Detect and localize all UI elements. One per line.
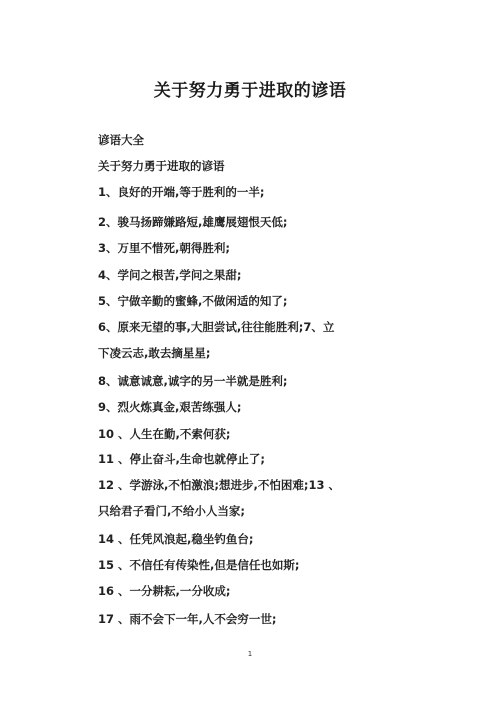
proverb-line: 15 、不信任有传染性,但是信任也如斯; bbox=[98, 557, 299, 573]
proverb-line: 3、万里不惜死,朝得胜利; bbox=[98, 240, 230, 256]
proverb-line: 12 、学游泳,不怕激浪;想进步,不怕困难;13 、 bbox=[98, 477, 340, 493]
proverb-line: 5、宁做辛勤的蜜蜂,不做闲适的知了; bbox=[98, 293, 287, 309]
proverb-line: 6、原来无望的事,大胆尝试,往往能胜利;7、立 bbox=[98, 319, 334, 335]
proverb-line: 1、良好的开端,等于胜利的一半; bbox=[98, 184, 264, 200]
proverb-line: 8、诚意诚意,诚字的另一半就是胜利; bbox=[98, 373, 287, 389]
proverb-line: 4、学问之根苦,学问之果甜; bbox=[98, 267, 241, 283]
proverb-line: 10 、人生在勤,不索何获; bbox=[98, 426, 230, 442]
proverb-line: 16 、一分耕耘,一分收成; bbox=[98, 583, 230, 599]
subheading: 关于努力勇于进取的谚语 bbox=[98, 158, 225, 174]
page-number: 1 bbox=[0, 650, 500, 658]
document-title: 关于努力勇于进取的谚语 bbox=[0, 76, 500, 101]
proverb-line: 只给君子看门,不给小人当家; bbox=[98, 503, 245, 519]
section-heading: 谚语大全 bbox=[98, 132, 144, 148]
proverb-line: 11 、停止奋斗,生命也就停止了; bbox=[98, 451, 265, 467]
proverb-line: 14 、任凭风浪起,稳坐钓鱼台; bbox=[98, 531, 253, 547]
proverb-line: 2、骏马扬蹄嫌路短,雄鹰展翅恨天低; bbox=[98, 214, 287, 230]
proverb-line: 9、烈火炼真金,艰苦练强人; bbox=[98, 399, 241, 415]
proverb-line: 下凌云志,敢去摘星星; bbox=[98, 345, 210, 361]
proverb-line: 17 、雨不会下一年,人不会穷一世; bbox=[98, 611, 276, 627]
